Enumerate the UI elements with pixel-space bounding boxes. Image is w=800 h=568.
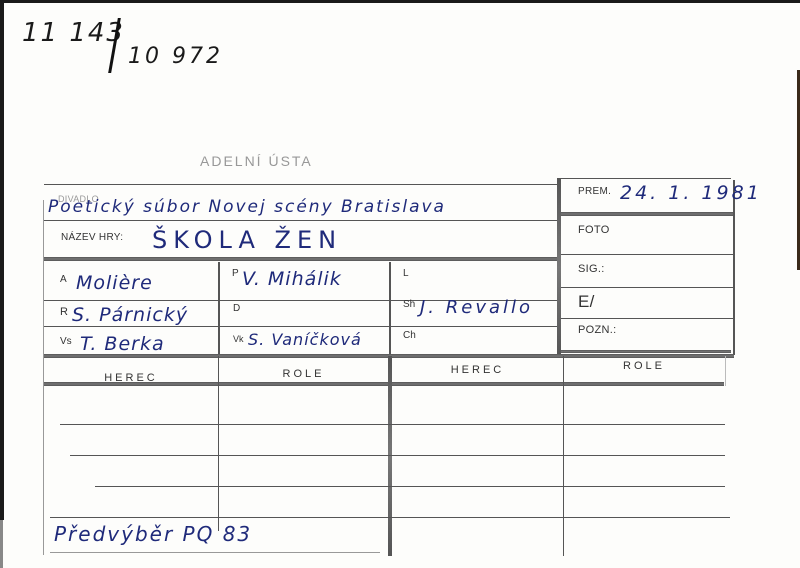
col-header-herec-2: HEREC bbox=[392, 364, 563, 376]
cast-table-cell[interactable] bbox=[565, 488, 723, 516]
cast-table-cell[interactable] bbox=[46, 426, 216, 454]
nazev-hry-label: NÁZEV HRY: bbox=[61, 232, 123, 243]
cast-table-cell[interactable] bbox=[393, 426, 561, 454]
costume-label: Vk bbox=[233, 334, 244, 344]
cast-table-cell[interactable] bbox=[565, 426, 723, 454]
cast-table-cell[interactable] bbox=[46, 388, 216, 416]
author-value[interactable]: Molière bbox=[76, 272, 153, 294]
cast-table-cell[interactable] bbox=[220, 426, 386, 454]
col-header-role-2: ROLE bbox=[564, 360, 724, 372]
cast-table-cell[interactable] bbox=[220, 488, 386, 516]
cast-table-cell[interactable] bbox=[46, 488, 216, 516]
footer-note[interactable]: Předvýběr PQ 83 bbox=[54, 522, 252, 546]
faded-form-title: ADELNÍ ÚSTA bbox=[200, 153, 313, 169]
sig-label: SIG.: bbox=[578, 263, 605, 275]
author-label: A bbox=[60, 274, 67, 285]
costume-value[interactable]: S. Vaníčková bbox=[248, 330, 362, 349]
director-label: R bbox=[60, 306, 68, 318]
cast-table-cell[interactable] bbox=[220, 388, 386, 416]
reference-number-a: 11 143 bbox=[22, 18, 125, 48]
cast-table-cell[interactable] bbox=[393, 457, 561, 485]
music-value[interactable]: J. Revallo bbox=[420, 297, 533, 318]
cast-table-cell[interactable] bbox=[46, 457, 216, 485]
scan-frame-left-lower bbox=[0, 520, 3, 568]
music-label: Sh bbox=[403, 299, 415, 310]
foto-label: FOTO bbox=[578, 224, 610, 236]
cast-table-cell[interactable] bbox=[565, 388, 723, 416]
e-label: E/ bbox=[578, 292, 595, 312]
nazev-hry-value[interactable]: ŠKOLA ŽEN bbox=[152, 226, 342, 254]
prem-value[interactable]: 24. 1. 1981 bbox=[620, 182, 762, 204]
choreography-label: Ch bbox=[403, 330, 416, 341]
cast-table-cell[interactable] bbox=[565, 519, 723, 547]
cast-table-cell[interactable] bbox=[565, 457, 723, 485]
cast-table-cell[interactable] bbox=[393, 519, 561, 547]
col-header-role-1: ROLE bbox=[219, 368, 388, 380]
prem-label: PREM. bbox=[578, 186, 611, 197]
set-design-value[interactable]: T. Berka bbox=[80, 333, 165, 355]
cast-table-cell[interactable] bbox=[220, 457, 386, 485]
translator-value[interactable]: V. Mihálik bbox=[242, 268, 342, 290]
cast-table-cell[interactable] bbox=[393, 388, 561, 416]
translator-label: P bbox=[232, 268, 239, 279]
set-design-label: Vs bbox=[60, 336, 72, 347]
lighting-label: L bbox=[403, 268, 409, 279]
reference-number-b: 10 972 bbox=[128, 44, 223, 69]
pozn-label: POZN.: bbox=[578, 324, 616, 336]
col-header-herec-1: HEREC bbox=[44, 372, 218, 384]
scan-frame-left bbox=[0, 0, 4, 520]
divadlo-value[interactable]: Poetický súbor Novej scény Bratislava bbox=[48, 197, 446, 217]
cast-table-cell[interactable] bbox=[393, 488, 561, 516]
dramaturg-label: D bbox=[233, 303, 240, 314]
director-value[interactable]: S. Párnický bbox=[72, 304, 188, 326]
scan-frame-top bbox=[0, 0, 800, 3]
